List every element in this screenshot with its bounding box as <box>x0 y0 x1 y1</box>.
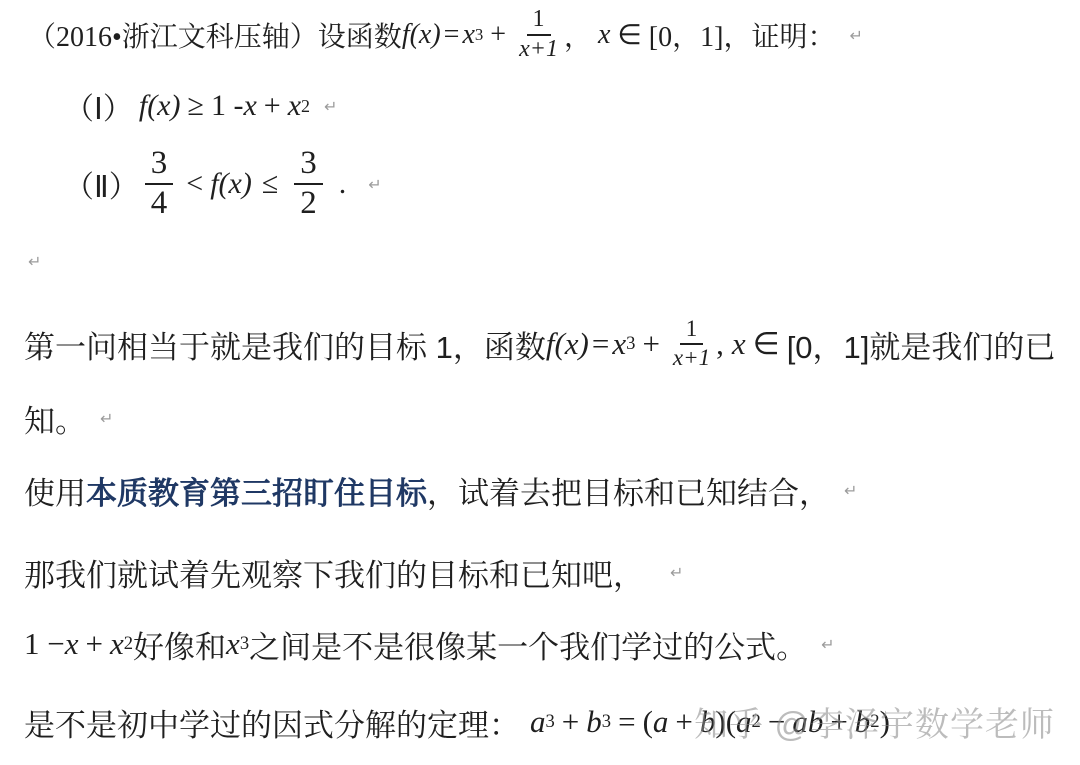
fraction-1-over-x-plus-1: 1 x+1 <box>519 7 558 63</box>
para1-line2-text: 知。 <box>24 396 86 441</box>
fraction-3-over-4: 3 4 <box>145 146 174 221</box>
analysis-paragraph-3: 那我们就试着先观察下我们的目标和已知吧， ↵ <box>24 552 683 592</box>
plus-sign: + <box>675 704 692 740</box>
f-of-x: f(x) <box>210 167 252 201</box>
var-x: x <box>65 626 79 662</box>
paragraph-mark: ↵ <box>324 97 337 116</box>
zhihu-watermark: 知乎 @李泽宇数学老师 <box>694 697 1055 746</box>
plus-sign: + <box>490 19 506 51</box>
paragraph-mark: ↵ <box>100 409 113 428</box>
less-than-sign: < <box>186 167 203 201</box>
var-x-domain: x <box>732 326 746 362</box>
one-minus: 1 − <box>24 626 65 662</box>
f-of-x: f(x) <box>546 326 589 362</box>
fraction-1-over-x-plus-1: 1 x+1 <box>673 317 710 371</box>
para1-prefix: 第一问相当于就是我们的目标 1，函数 <box>24 322 546 367</box>
paragraph-mark: ↵ <box>844 481 857 500</box>
var-x-cubed: x <box>226 626 240 662</box>
problem-part2-line: （Ⅱ） 3 4 < f(x) ≤ 3 2 . ↵ <box>64 140 382 228</box>
plus-sign: + <box>86 626 103 662</box>
var-x: x <box>462 19 474 51</box>
var-b-cubed: b <box>586 704 602 740</box>
fraction-denominator: x+1 <box>673 345 710 371</box>
problem-part1-line: （Ⅰ） f(x) ≥ 1 - x + x2 ↵ <box>64 86 337 126</box>
equals-sign: = <box>618 704 635 740</box>
var-x-squared: x <box>288 89 301 123</box>
fraction-denominator: 2 <box>300 185 317 222</box>
period: . <box>339 167 347 201</box>
element-of-sign: ∈ <box>617 18 641 52</box>
open-paren: ( <box>643 704 653 740</box>
problem-intro-prefix: （2016•浙江文科压轴）设函数 <box>28 15 402 55</box>
fraction-3-over-2: 3 2 <box>294 146 323 221</box>
fraction-numerator: 1 <box>680 317 704 345</box>
para5-prefix: 是不是初中学过的因式分解的定理： <box>24 700 520 745</box>
paragraph-mark: ↵ <box>28 252 41 271</box>
problem-intro-suffix: [0，1]，证明： <box>649 15 836 55</box>
para4-mid: 好像和 <box>133 622 226 667</box>
one-minus: 1 - <box>211 89 244 123</box>
fraction-denominator: 4 <box>151 185 168 222</box>
analysis-paragraph-2: 使用 本质教育第三招盯住目标 ，试着去把目标和已知结合， ↵ <box>24 470 857 510</box>
f-of-x: f(x) <box>139 89 181 123</box>
var-x: x <box>612 326 626 362</box>
fraction-numerator: 3 <box>294 146 323 185</box>
var-x-domain: x <box>598 19 610 51</box>
paragraph-mark: ↵ <box>670 563 683 582</box>
var-a-cubed: a <box>530 704 546 740</box>
equals-sign: = <box>592 326 609 362</box>
highlight-method-text: 本质教育第三招盯住目标 <box>86 468 427 513</box>
var-x-squared: x <box>110 626 124 662</box>
var-x: x <box>243 89 256 123</box>
problem-intro-line: （2016•浙江文科压轴）设函数 f(x) = x3 + 1 x+1 ， x ∈… <box>28 4 863 66</box>
fraction-denominator: x+1 <box>519 36 558 63</box>
fraction-numerator: 3 <box>145 146 174 185</box>
comma: , <box>716 326 724 362</box>
analysis-paragraph-4: 1 − x + x2 好像和 x3 之间是不是很像某一个我们学过的公式。 ↵ <box>24 622 835 666</box>
analysis-paragraph-1-line2: 知。 ↵ <box>24 398 113 438</box>
comma: ， <box>564 15 592 55</box>
part1-label: （Ⅰ） <box>64 84 133 128</box>
analysis-paragraph-1: 第一问相当于就是我们的目标 1，函数 f(x) = x3 + 1 x+1 , x… <box>24 312 1055 376</box>
plus-sign: + <box>264 89 281 123</box>
paragraph-mark: ↵ <box>368 175 381 194</box>
element-of-sign: ∈ <box>753 326 780 362</box>
paragraph-mark: ↵ <box>849 26 862 45</box>
paragraph-mark: ↵ <box>821 635 834 654</box>
para1-suffix: [0，1]就是我们的已 <box>787 322 1056 367</box>
para2-prefix: 使用 <box>24 468 86 513</box>
plus-sign: + <box>642 326 659 362</box>
geq-sign: ≥ <box>188 89 204 123</box>
plus-sign: + <box>562 704 579 740</box>
para2-suffix: ，试着去把目标和已知结合， <box>427 468 830 513</box>
fraction-numerator: 1 <box>527 7 551 36</box>
para4-suffix: 之间是不是很像某一个我们学过的公式。 <box>249 622 807 667</box>
para3-text: 那我们就试着先观察下我们的目标和已知吧， <box>24 550 644 595</box>
leq-sign: ≤ <box>262 167 278 201</box>
part2-label: （Ⅱ） <box>64 162 139 206</box>
var-a: a <box>653 704 669 740</box>
document-page: （2016•浙江文科压轴）设函数 f(x) = x3 + 1 x+1 ， x ∈… <box>0 0 1080 765</box>
equals-sign: = <box>444 19 460 51</box>
f-of-x: f(x) <box>402 19 441 51</box>
